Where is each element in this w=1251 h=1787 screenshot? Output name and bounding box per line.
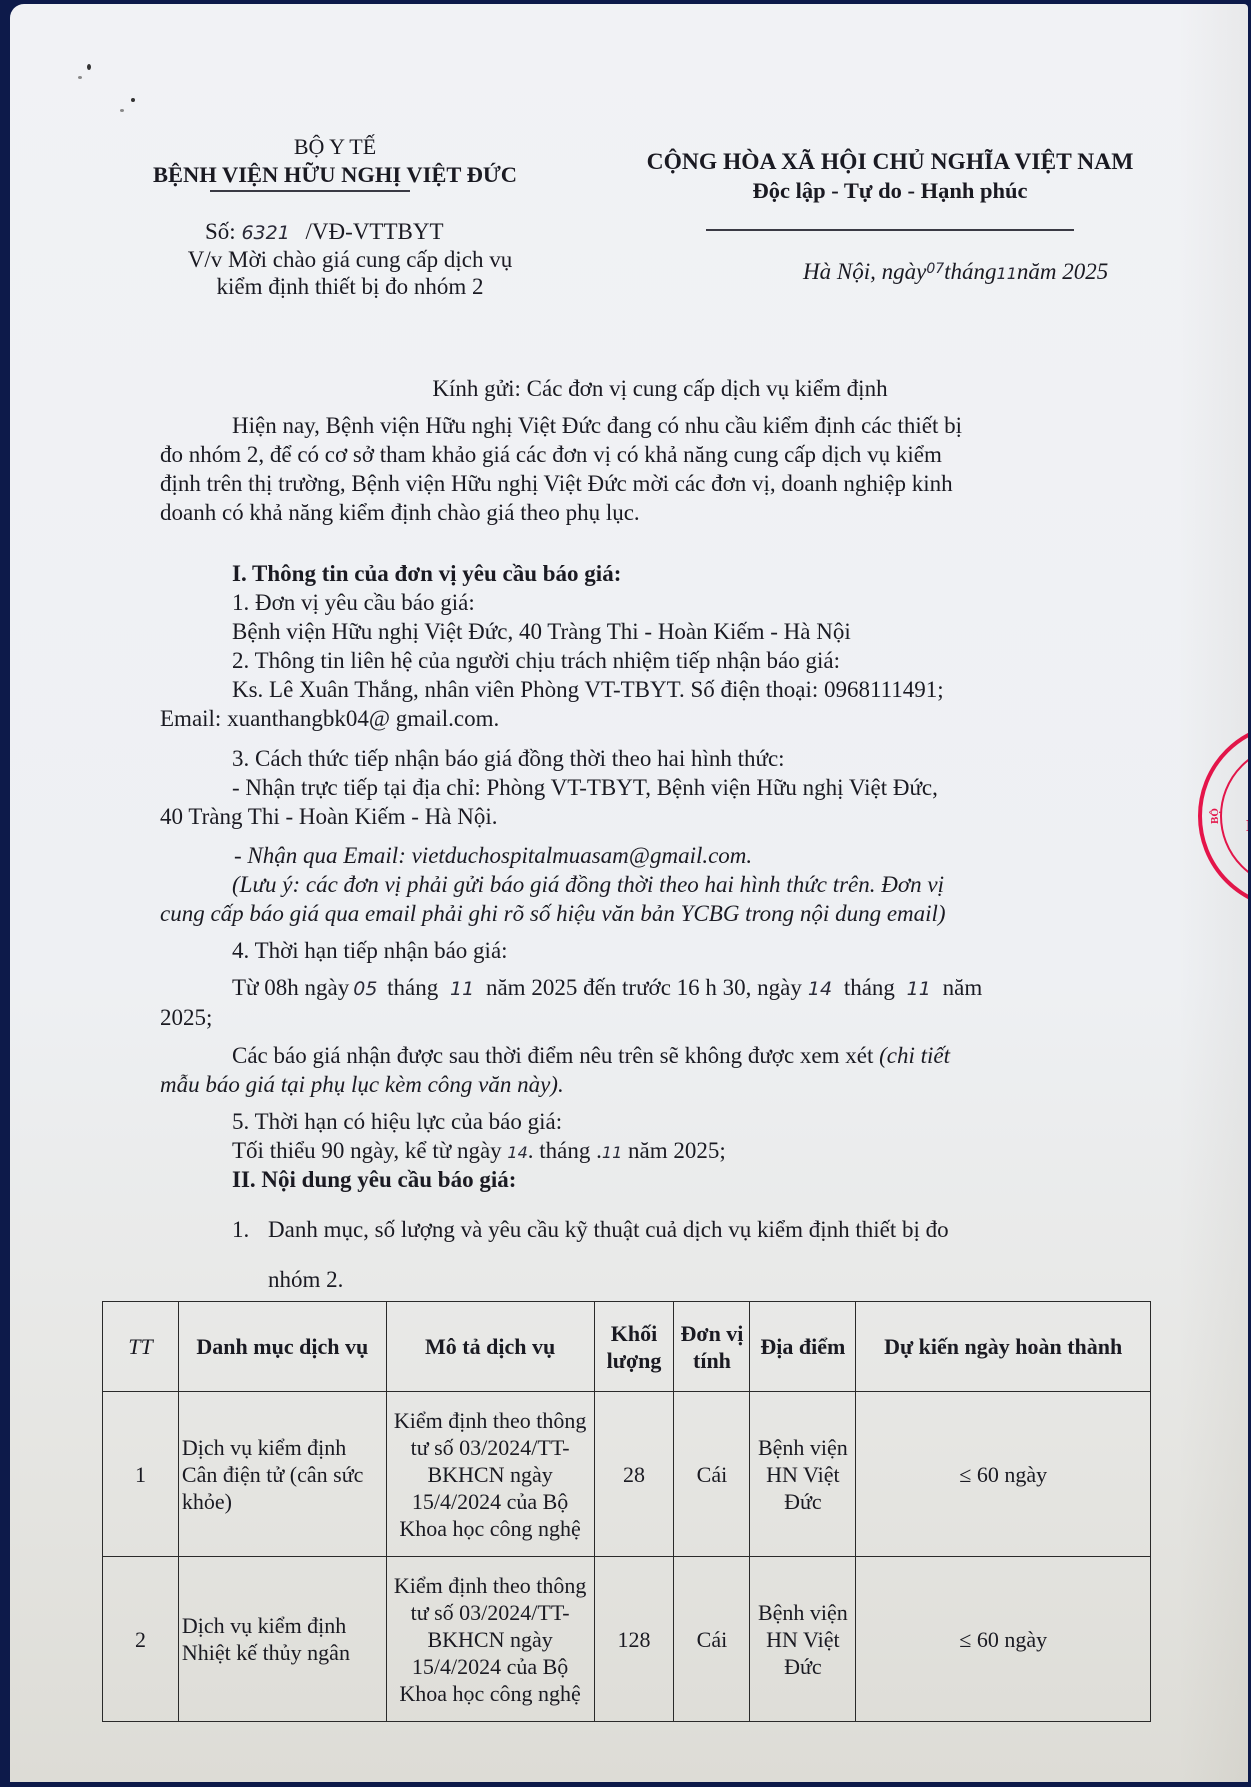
cell-service: Dịch vụ kiểm định Nhiệt kế thủy ngân [178, 1557, 386, 1722]
section-1-title: I. Thông tin của đơn vị yêu cầu báo giá: [232, 560, 621, 588]
document-page: BỘ Y TẾ BỆNH VIỆN HỮU NGHỊ VIỆT ĐỨC Số: … [10, 4, 1248, 1782]
table-row: 2 Dịch vụ kiểm định Nhiệt kế thủy ngân K… [103, 1557, 1151, 1722]
s1-item1-value: Bệnh viện Hữu nghị Việt Đức, 40 Tràng Th… [232, 618, 851, 646]
intro-line-2: đo nhóm 2, để có cơ sở tham khảo giá các… [160, 441, 942, 469]
cell-quantity: 128 [594, 1557, 674, 1722]
ministry-name: BỘ Y TẾ [150, 134, 520, 160]
intro-line-1: Hiện nay, Bệnh viện Hữu nghị Việt Đức đa… [232, 412, 962, 440]
s1-item2-value-1: Ks. Lê Xuân Thắng, nhân viên Phòng VT-TB… [232, 676, 944, 704]
stamp-letter-2: H [1246, 816, 1248, 836]
header-service: Danh mục dịch vụ [178, 1302, 386, 1392]
official-stamp: B H V BỘ [1198, 722, 1248, 910]
document-number: Số: 6321 /VĐ-VTTBYT [205, 219, 444, 245]
services-table: TT Danh mục dịch vụ Mô tả dịch vụ Khối l… [102, 1301, 1151, 1722]
s1-item3-direct-2: 40 Tràng Thi - Hoàn Kiếm - Hà Nội. [160, 803, 498, 831]
s1-item4-label: 4. Thời hạn tiếp nhận báo giá: [232, 937, 508, 965]
recipient-line: Kính gửi: Các đơn vị cung cấp dịch vụ ki… [230, 376, 1090, 402]
header-description: Mô tả dịch vụ [386, 1302, 594, 1392]
s1-item4-note-1: Các báo giá nhận được sau thời điểm nêu … [232, 1042, 950, 1070]
handwritten-doc-number: 6321 [241, 222, 289, 244]
header-completion: Dự kiến ngày hoàn thành [856, 1302, 1151, 1392]
cell-tt: 1 [103, 1392, 179, 1557]
hospital-underline [210, 190, 410, 192]
subject-line-1: V/v Mời chào giá cung cấp dịch vụ [150, 247, 550, 273]
s1-item3-label: 3. Cách thức tiếp nhận báo giá đồng thời… [232, 745, 785, 773]
s2-item1-line-2: nhóm 2. [268, 1266, 343, 1294]
s2-item1-line-1: Danh mục, số lượng và yêu cầu kỹ thuật c… [268, 1216, 949, 1244]
s1-item3-email: - Nhận qua Email: vietduchospitalmuasam@… [234, 842, 752, 870]
cell-unit: Cái [674, 1392, 750, 1557]
cell-location: Bệnh viện HN Việt Đức [750, 1392, 856, 1557]
s1-item5-validity: Tối thiểu 90 ngày, kể từ ngày 14. tháng … [232, 1137, 726, 1167]
cell-service: Dịch vụ kiểm định Cân điện tử (cân sức k… [178, 1392, 386, 1557]
s1-item2-label: 2. Thông tin liên hệ của người chịu trác… [232, 647, 840, 675]
issue-date: Hà Nội, ngày07tháng11năm 2025 [803, 259, 1108, 285]
s1-item5-label: 5. Thời hạn có hiệu lực của báo giá: [232, 1108, 562, 1136]
stamp-side-text: BỘ [1209, 808, 1221, 824]
header-tt: TT [103, 1302, 179, 1392]
s2-item1-number: 1. [232, 1216, 249, 1244]
s1-item2-value-2: Email: xuanthangbk04@ gmail.com. [160, 705, 499, 733]
s1-item3-note-1: (Lưu ý: các đơn vị phải gửi báo giá đồng… [232, 871, 944, 899]
cell-description: Kiểm định theo thông tư số 03/2024/TT-BK… [386, 1557, 594, 1722]
motto-underline [706, 229, 1074, 231]
stamp-inner-ring [1220, 744, 1248, 888]
s1-item3-direct-1: - Nhận trực tiếp tại địa chỉ: Phòng VT-T… [232, 774, 938, 802]
intro-line-4: doanh có khả năng kiểm định chào giá the… [160, 499, 640, 527]
table-row: 1 Dịch vụ kiểm định Cân điện tử (cân sức… [103, 1392, 1151, 1557]
cell-unit: Cái [674, 1557, 750, 1722]
subject-line-2: kiểm định thiết bị đo nhóm 2 [150, 274, 550, 300]
section-2-title: II. Nội dung yêu cầu báo giá: [232, 1166, 516, 1194]
s1-item1-label: 1. Đơn vị yêu cầu báo giá: [232, 589, 475, 617]
cell-location: Bệnh viện HN Việt Đức [750, 1557, 856, 1722]
hospital-name: BỆNH VIỆN HỮU NGHỊ VIỆT ĐỨC [110, 162, 560, 188]
cell-completion: ≤ 60 ngày [856, 1557, 1151, 1722]
national-motto: Độc lập - Tự do - Hạnh phúc [600, 178, 1180, 204]
cell-tt: 2 [103, 1557, 179, 1722]
header-quantity: Khối lượng [594, 1302, 674, 1392]
s1-item4-period: Từ 08h ngày05 tháng 11 năm 2025 đến trướ… [232, 974, 982, 1003]
header-unit: Đơn vị tính [674, 1302, 750, 1392]
table-header-row: TT Danh mục dịch vụ Mô tả dịch vụ Khối l… [103, 1302, 1151, 1392]
intro-line-3: định trên thị trường, Bệnh viện Hữu nghị… [160, 470, 953, 498]
header-location: Địa điểm [750, 1302, 856, 1392]
s1-item3-note-2: cung cấp báo giá qua email phải ghi rõ s… [160, 900, 946, 928]
s1-item4-note-2: mẫu báo giá tại phụ lục kèm công văn này… [160, 1071, 564, 1099]
cell-description: Kiểm định theo thông tư số 03/2024/TT-BK… [386, 1392, 594, 1557]
s1-item4-year: 2025; [160, 1004, 212, 1032]
national-title: CỘNG HÒA XÃ HỘI CHỦ NGHĨA VIỆT NAM [600, 149, 1180, 176]
cell-quantity: 28 [594, 1392, 674, 1557]
cell-completion: ≤ 60 ngày [856, 1392, 1151, 1557]
